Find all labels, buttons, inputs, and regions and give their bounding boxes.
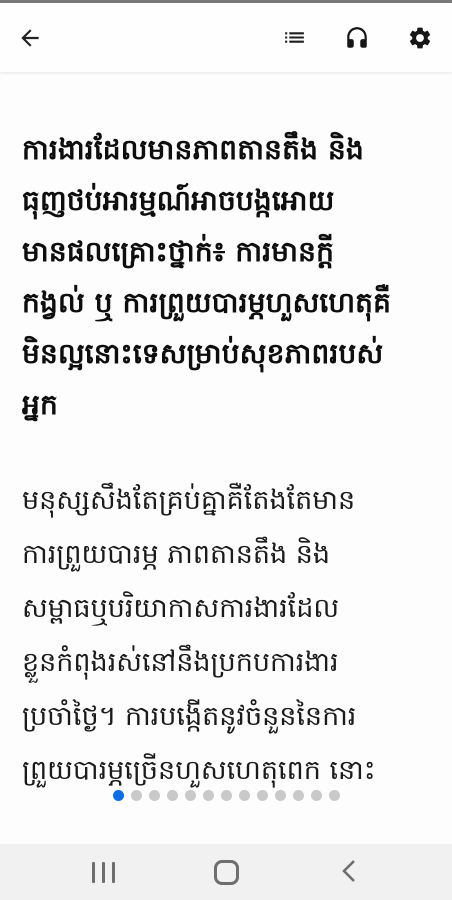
listen-audio-button[interactable] <box>337 18 377 58</box>
page-dot[interactable] <box>185 790 196 801</box>
body-line: ប្រចាំថ្ងៃ។ ការបង្កើតនូវចំនួននៃការ <box>22 690 434 744</box>
page-dot[interactable] <box>293 790 304 801</box>
back-button[interactable] <box>10 18 50 58</box>
reader-screen: ការងារដែលមានភាពតានតឹង និង ធុញថប់អារម្មណ៍… <box>0 0 452 900</box>
chapter-list-button[interactable] <box>274 18 314 58</box>
page-dot[interactable] <box>131 790 142 801</box>
recents-button[interactable] <box>86 855 120 889</box>
heading-line: មិនល្អនោះទេសម្រាប់សុខភាពរបស់ <box>22 328 434 379</box>
page-dot[interactable] <box>239 790 250 801</box>
heading-line: អ្នក <box>22 379 434 430</box>
heading-line: ការងារដែលមានភាពតានតឹង និង <box>22 124 434 175</box>
nav-back-button[interactable] <box>332 855 366 889</box>
page-dot[interactable] <box>221 790 232 801</box>
body-line: សម្ពាធឬបរិយាកាសការងារដែល <box>22 582 434 636</box>
page-dot[interactable] <box>275 790 286 801</box>
page-dot[interactable] <box>167 790 178 801</box>
page-dot[interactable] <box>149 790 160 801</box>
heading-line: កង្វល់ ឬ ការព្រួយបារម្ភហួសហេតុគឺ <box>22 277 434 328</box>
body-line: ការព្រួយបារម្ភ ភាពតានតឹង និង <box>22 528 434 582</box>
chevron-left-icon <box>341 858 357 887</box>
heading-line: ធុញថប់អារម្មណ៍អាចបង្កអោយ <box>22 175 434 226</box>
article-body-text: មនុស្សសឹងតែគ្រប់គ្នាគឺតែងតែមាន ការព្រួយប… <box>22 474 434 798</box>
home-button[interactable] <box>209 855 243 889</box>
page-dot[interactable] <box>329 790 340 801</box>
page-dot[interactable] <box>257 790 268 801</box>
app-bar-actions <box>274 18 452 58</box>
headphones-icon <box>344 25 370 51</box>
android-nav-bar <box>0 844 452 900</box>
article-heading: ការងារដែលមានភាពតានតឹង និង ធុញថប់អារម្មណ៍… <box>22 124 434 430</box>
back-arrow-icon <box>17 25 43 51</box>
page-dot[interactable] <box>203 790 214 801</box>
recents-icon <box>92 862 115 883</box>
body-line: មនុស្សសឹងតែគ្រប់គ្នាគឺតែងតែមាន <box>22 474 434 528</box>
page-dot-active[interactable] <box>113 790 124 801</box>
settings-gear-icon <box>407 25 433 51</box>
settings-button[interactable] <box>400 18 440 58</box>
app-bar <box>0 3 452 72</box>
page-dots <box>0 790 452 801</box>
list-icon <box>282 25 307 50</box>
body-line: ខ្លួនកំពុងរស់នៅនឹងប្រកបការងារ <box>22 636 434 690</box>
page-dot[interactable] <box>311 790 322 801</box>
home-icon <box>214 860 239 885</box>
heading-line: មានផលគ្រោះថ្នាក់៖ ការមានក្តី <box>22 226 434 277</box>
